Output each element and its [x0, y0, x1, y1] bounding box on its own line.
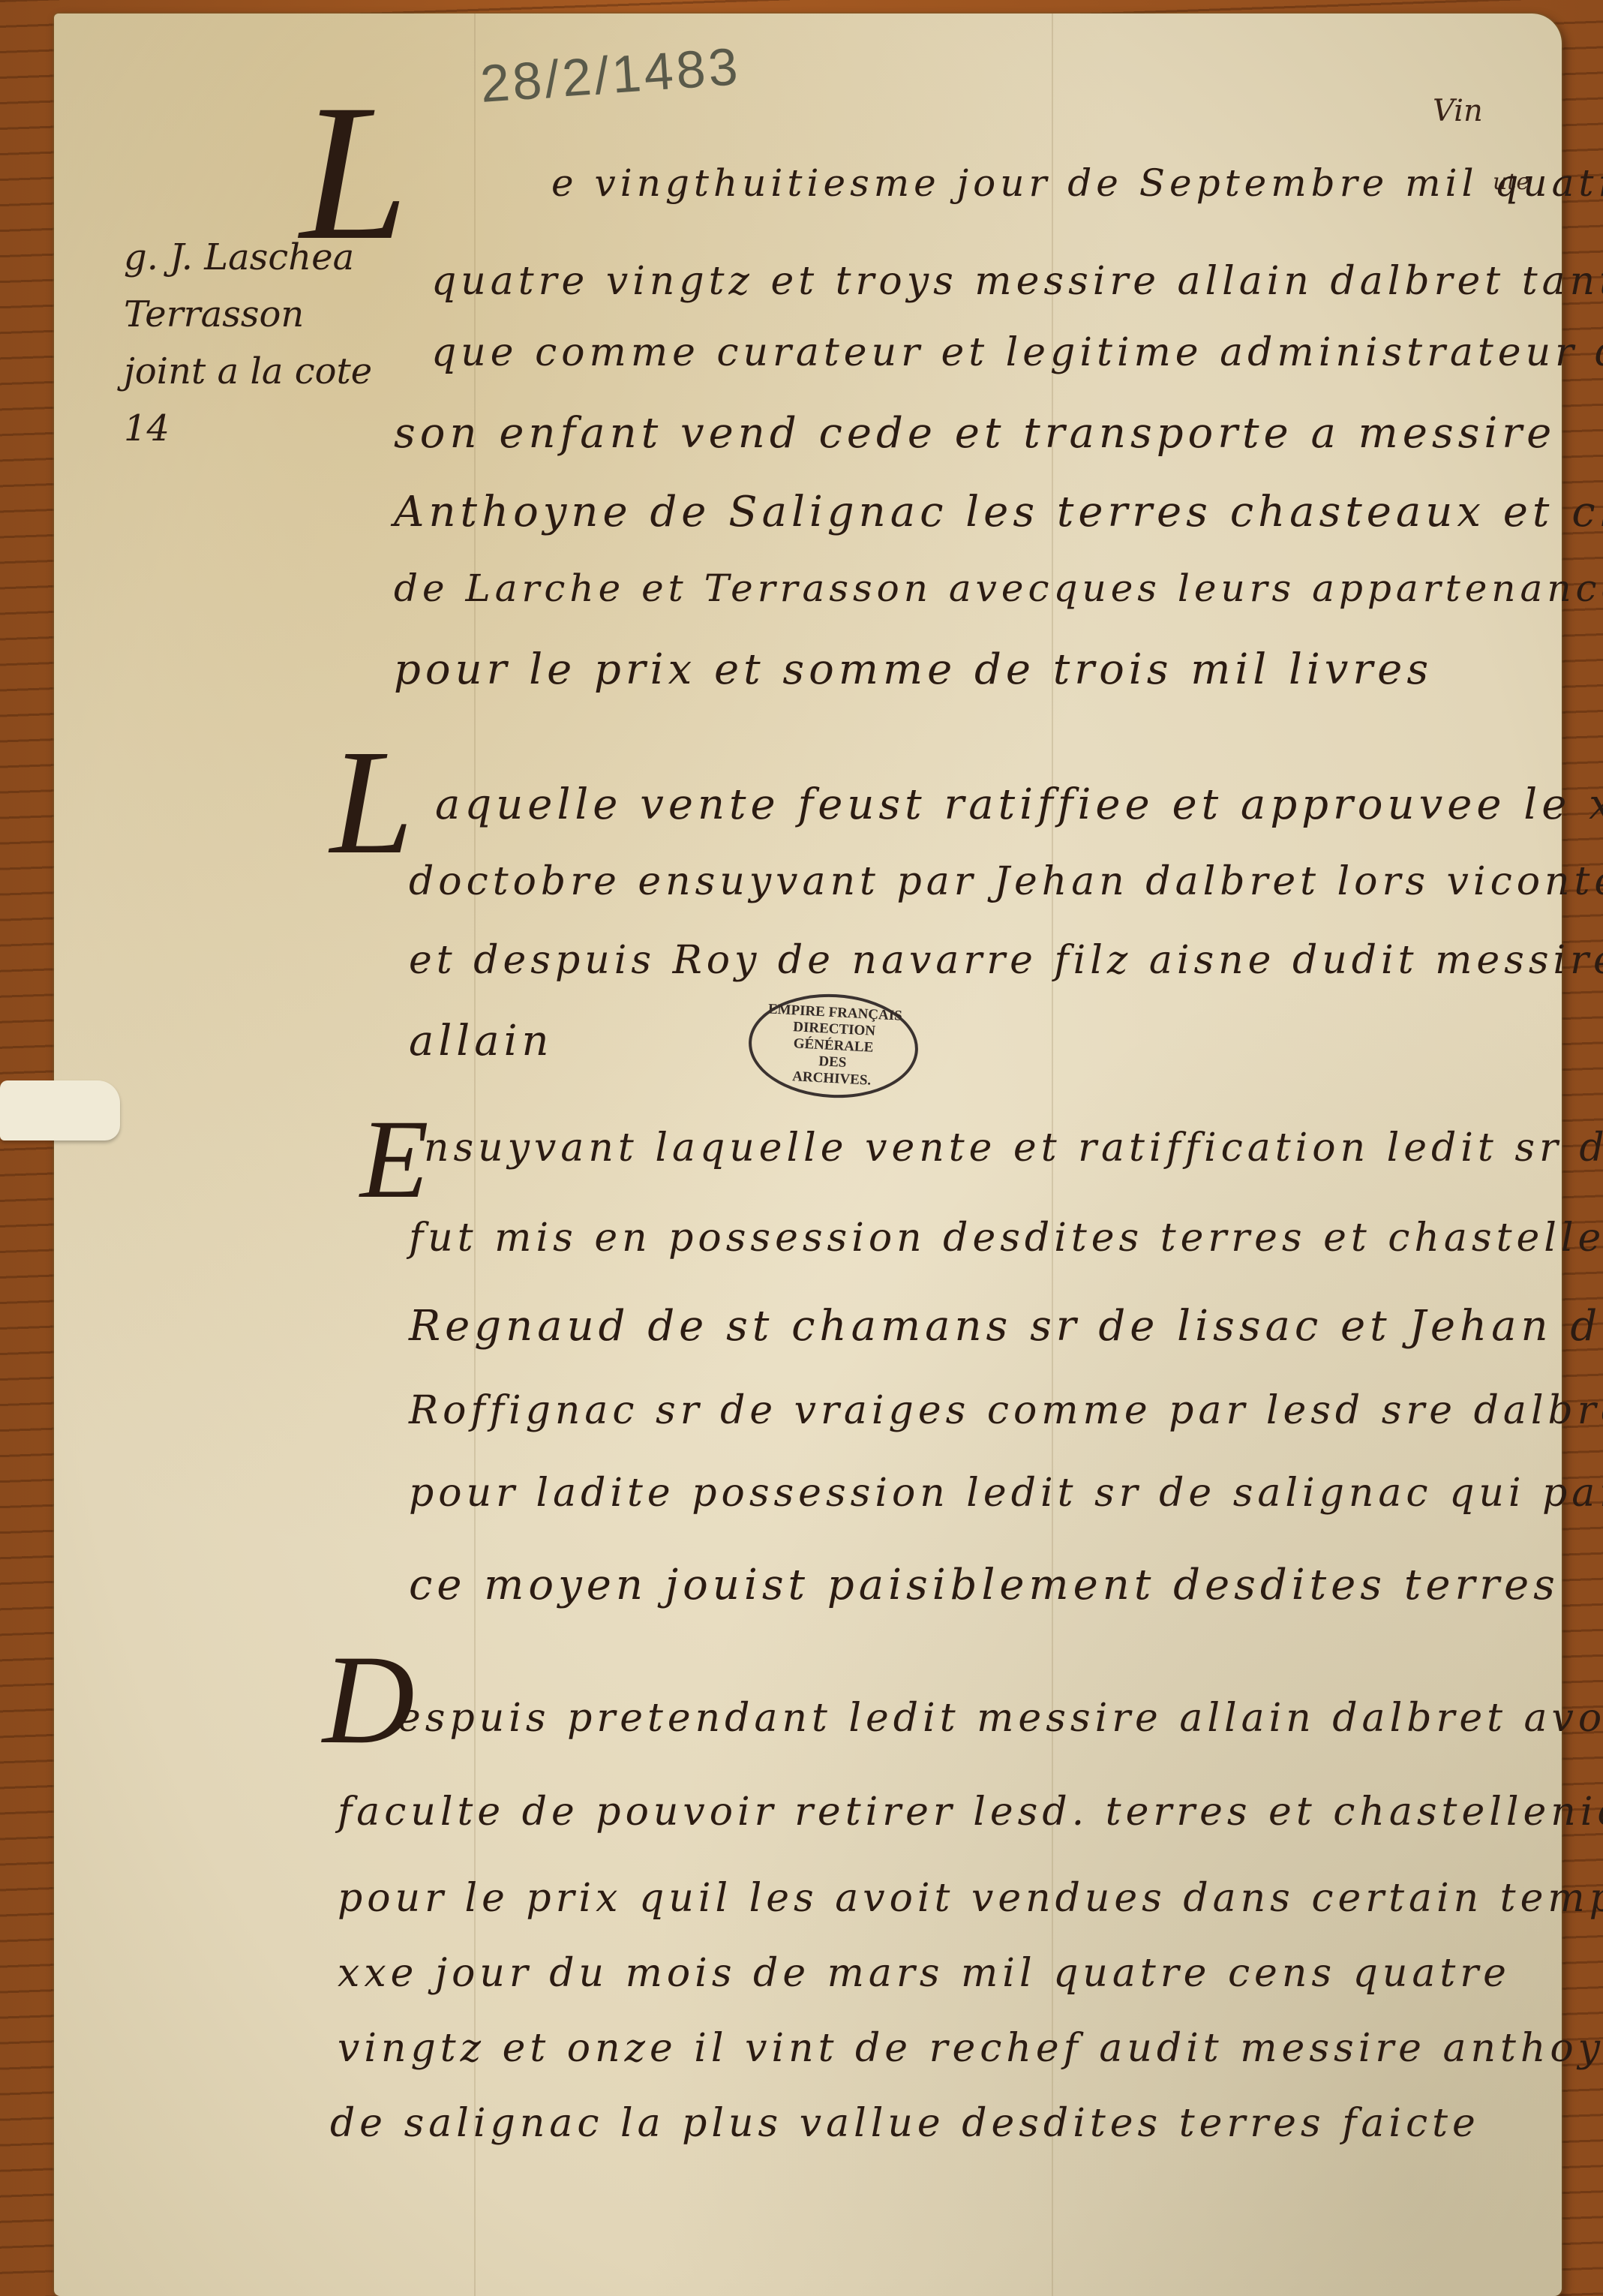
text-line: Roffignac sr de vraiges comme par lesd s… — [409, 1388, 1603, 1433]
text-line: de salignac la plus vallue desdites terr… — [330, 2101, 1480, 2146]
margin-note-line: joint a la cote — [124, 343, 372, 400]
text-line: doctobre ensuyvant par Jehan dalbret lor… — [409, 859, 1603, 904]
text-line: son enfant vend cede et transporte a mes… — [394, 409, 1556, 458]
text-line: aquelle vente feust ratiffiee et approuv… — [435, 780, 1603, 829]
stamp-line: ARCHIVES. — [792, 1068, 872, 1089]
text-line: que comme curateur et legitime administr… — [431, 330, 1603, 375]
text-line: de Larche et Terrasson avecques leurs ap… — [394, 566, 1603, 610]
text-line: pour le prix et somme de trois mil livre… — [394, 645, 1433, 694]
decorated-initial: L — [330, 728, 413, 878]
text-line: Regnaud de st chamans sr de lissac et Je… — [409, 1302, 1603, 1351]
text-line: pour le prix quil les avoit vendues dans… — [338, 1876, 1603, 1921]
text-line: vingtz et onze il vint de rechef audit m… — [338, 2026, 1603, 2071]
paper-tear — [0, 1080, 120, 1140]
text-line: Anthoyne de Salignac les terres chasteau… — [394, 488, 1603, 536]
text-line: faculte de pouvoir retirer lesd. terres … — [338, 1790, 1603, 1835]
decorated-initial: L — [300, 75, 409, 270]
margin-note-line: Terrasson — [124, 286, 372, 343]
text-line: et despuis Roy de navarre filz aisne dud… — [409, 938, 1603, 983]
text-line: xxe jour du mois de mars mil quatre cens… — [338, 1951, 1511, 1996]
text-line: fut mis en possession desdites terres et… — [409, 1216, 1603, 1261]
decorated-initial: E — [360, 1103, 429, 1216]
text-line: ce moyen jouist paisiblement desdites te… — [409, 1561, 1559, 1609]
text-line: quatre vingtz et troys messire allain da… — [431, 259, 1603, 304]
text-line: espuis pretendant ledit messire allain d… — [398, 1696, 1603, 1741]
text-line: nsuyvant laquelle vente et ratiffication… — [424, 1125, 1603, 1171]
text-line: allain — [409, 1017, 554, 1065]
stamp-line: DES — [818, 1053, 847, 1071]
margin-note-line: 14 — [124, 400, 372, 457]
text-line: e vingthuitiesme jour de Septembre mil q… — [551, 161, 1603, 205]
text-line: pour ladite possession ledit sr de salig… — [409, 1471, 1603, 1516]
corner-note: Vin — [1433, 94, 1483, 128]
